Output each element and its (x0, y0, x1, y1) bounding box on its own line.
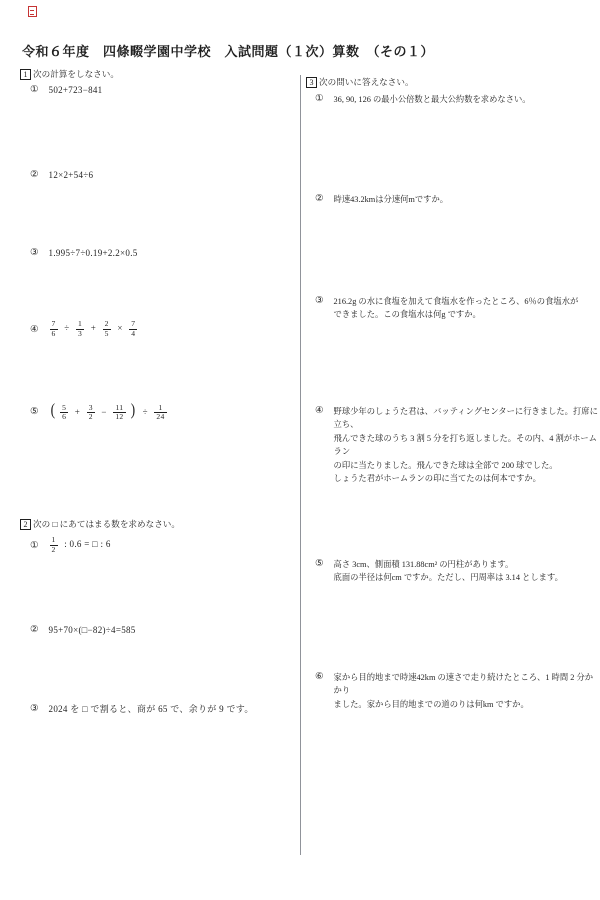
fraction: 1112 (113, 404, 125, 422)
problem-1-1: ① 502+723−841 (30, 84, 102, 95)
section3-heading: 3 次の問いに答えなさい。 (306, 76, 414, 88)
item-number: ① (30, 84, 39, 95)
right-paren: ) (131, 400, 136, 420)
item-number: ⑤ (30, 406, 39, 417)
problem-text: 216.2g の水に食塩を加えて食塩水を作ったところ、6％の食塩水が できました… (334, 295, 579, 322)
problem-2-2: ② 95+70×(□−82)÷4=585 (30, 624, 136, 635)
operator: ÷ (143, 407, 148, 417)
red-stamp-icon (28, 6, 37, 17)
fraction: 124 (154, 404, 166, 422)
problem-3-5: ⑤ 高さ 3cm、側面積 131.88cm² の円柱があります。 底面の半径は何… (315, 558, 563, 585)
item-number: ⑥ (315, 671, 324, 682)
operator: + (91, 323, 96, 333)
problem-text: 家から目的地まで時速42km の速さで走り続けたところ、1 時間 2 分かかり … (334, 671, 599, 711)
section2-heading: 2 次の □ にあてはまる数を求めなさい。 (20, 518, 180, 530)
problem-1-3: ③ 1.995÷7÷0.19+2.2×0.5 (30, 247, 138, 258)
problem-text: 2024 を □ で割ると、商が 65 で、余りが 9 です。 (49, 702, 254, 715)
math-expression: 12×2+54÷6 (49, 170, 94, 180)
problem-1-5: ⑤ ( 56 + 32 − 1112 ) ÷ 124 (30, 400, 168, 422)
section1-number-box: 1 (20, 69, 31, 80)
operator: ÷ (64, 323, 69, 333)
item-number: ④ (30, 324, 39, 335)
exam-paper-page: 令和６年度 四條畷学園中学校 入試問題（１次）算数 （その１） 1 次の計算をし… (0, 0, 600, 900)
item-number: ① (30, 540, 39, 551)
item-number: ① (315, 93, 324, 104)
math-expression: 1.995÷7÷0.19+2.2×0.5 (49, 248, 138, 258)
section3-number-box: 3 (306, 77, 317, 88)
problem-2-3: ③ 2024 を □ で割ると、商が 65 で、余りが 9 です。 (30, 702, 254, 715)
problem-3-4: ④ 野球少年のしょうた君は、バッティングセンターに行きました。打席に立ち、 飛ん… (315, 405, 599, 486)
math-expression: ( 56 + 32 − 1112 ) ÷ 124 (49, 400, 168, 422)
section2-number-box: 2 (20, 519, 31, 530)
operator: × (117, 323, 122, 333)
fraction: 12 (50, 536, 58, 554)
item-number: ③ (30, 703, 39, 714)
fraction: 32 (87, 404, 95, 422)
problem-text: 36, 90, 126 の最小公倍数と最大公約数を求めなさい。 (334, 93, 531, 106)
problem-3-2: ② 時速43.2kmは分速何mですか。 (315, 193, 448, 206)
section3-instruction: 次の問いに答えなさい。 (319, 76, 414, 88)
problem-text: 時速43.2kmは分速何mですか。 (334, 193, 449, 206)
math-expression: 95+70×(□−82)÷4=585 (49, 625, 136, 635)
item-number: ② (315, 193, 324, 204)
problem-text: 高さ 3cm、側面積 131.88cm² の円柱があります。 底面の半径は何cm… (334, 558, 563, 585)
problem-1-2: ② 12×2+54÷6 (30, 169, 93, 180)
item-number: ③ (30, 247, 39, 258)
math-expression: 76 ÷ 13 + 25 × 74 (49, 320, 139, 338)
problem-2-1: ① 12 : 0.6 = □ : 6 (30, 536, 111, 554)
problem-1-4: ④ 76 ÷ 13 + 25 × 74 (30, 320, 138, 338)
fraction: 74 (129, 320, 137, 338)
fraction: 76 (50, 320, 58, 338)
item-number: ② (30, 169, 39, 180)
problem-3-6: ⑥ 家から目的地まで時速42km の速さで走り続けたところ、1 時間 2 分かか… (315, 671, 599, 711)
problem-3-1: ① 36, 90, 126 の最小公倍数と最大公約数を求めなさい。 (315, 93, 531, 106)
fraction: 13 (76, 320, 84, 338)
problem-text: 野球少年のしょうた君は、バッティングセンターに行きました。打席に立ち、 飛んでき… (334, 405, 599, 486)
left-paren: ( (50, 400, 55, 420)
equation-rest: : 0.6 = □ : 6 (64, 539, 110, 549)
item-number: ③ (315, 295, 324, 306)
section1-instruction: 次の計算をしなさい。 (33, 68, 119, 80)
page-title: 令和６年度 四條畷学園中学校 入試問題（１次）算数 （その１） (22, 41, 434, 60)
item-number: ② (30, 624, 39, 635)
item-number: ⑤ (315, 558, 324, 569)
section1-heading: 1 次の計算をしなさい。 (20, 68, 119, 80)
operator: + (75, 407, 80, 417)
fraction: 25 (103, 320, 111, 338)
item-number: ④ (315, 405, 324, 416)
math-expression: 12 : 0.6 = □ : 6 (49, 536, 111, 554)
column-divider (300, 75, 301, 855)
fraction: 56 (60, 404, 68, 422)
section2-instruction: 次の □ にあてはまる数を求めなさい。 (33, 518, 180, 530)
math-expression: 502+723−841 (49, 85, 103, 95)
problem-3-3: ③ 216.2g の水に食塩を加えて食塩水を作ったところ、6％の食塩水が できま… (315, 295, 578, 322)
operator: − (101, 407, 106, 417)
